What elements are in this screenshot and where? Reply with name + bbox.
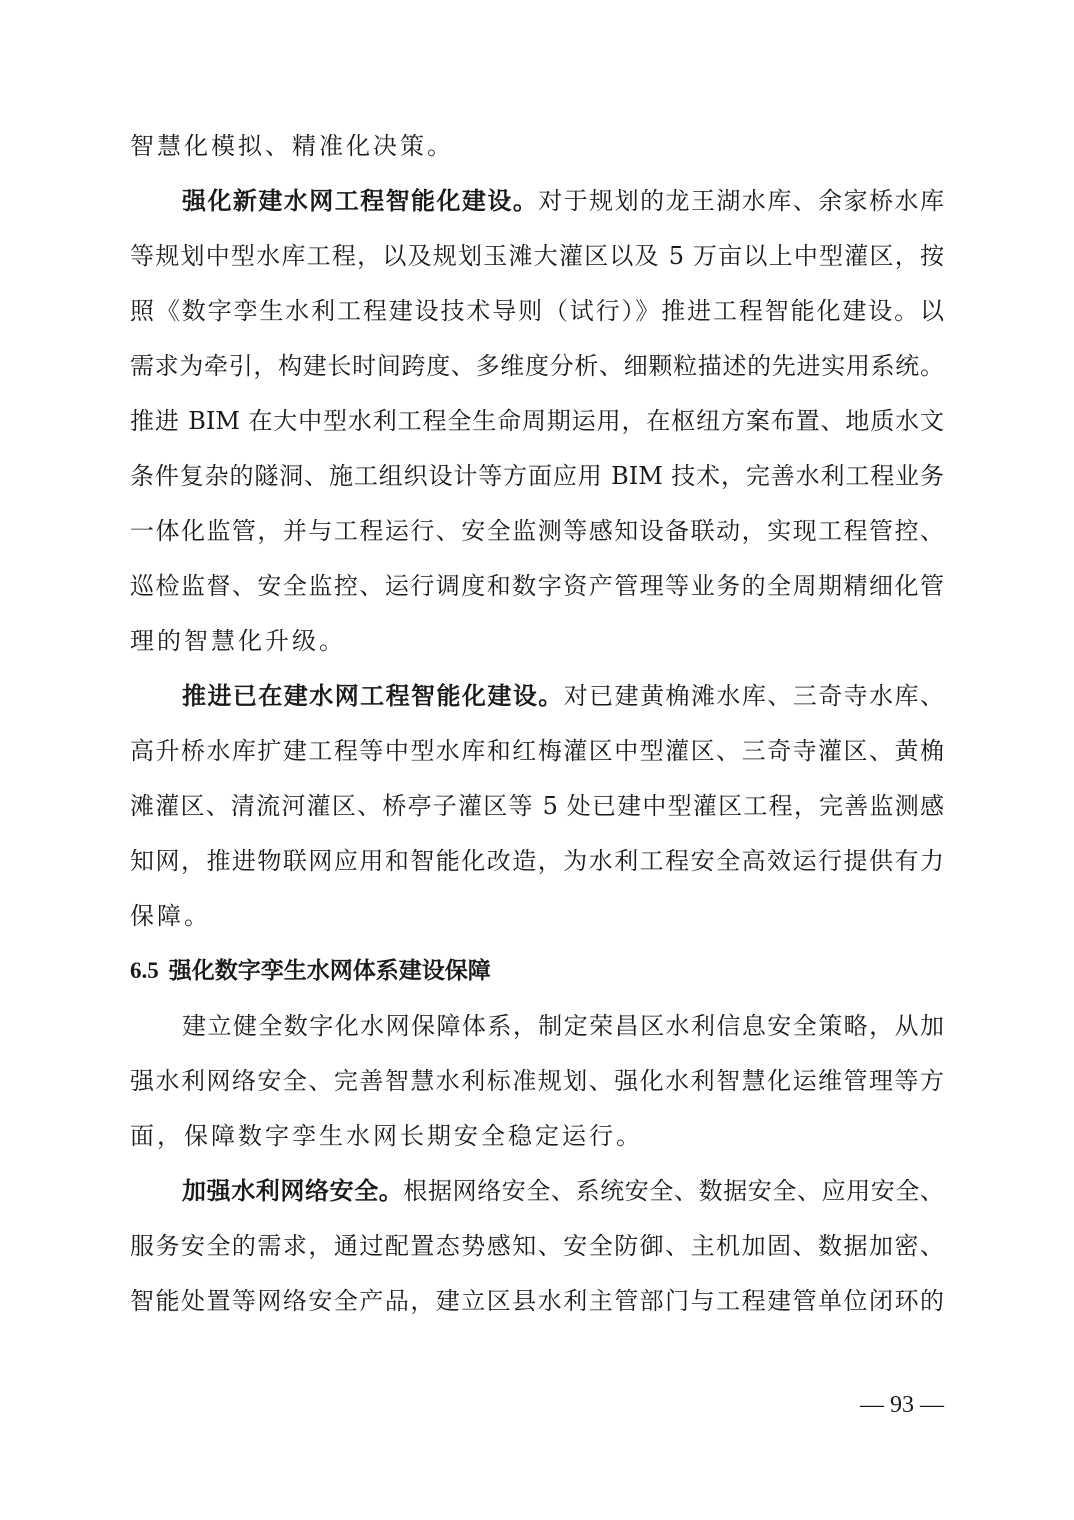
text-line: 等规划中型水库工程，以及规划玉滩大灌区以及 5 万亩以上中型灌区，按 [130, 232, 944, 287]
text-line: 强水利网络安全、完善智慧水利标准规划、强化水利智慧化运维管理等方 [130, 1057, 944, 1112]
text-line: 推进 BIM 在大中型水利工程全生命周期运用，在枢纽方案布置、地质水文 [130, 397, 944, 452]
text-line: 需求为牵引，构建长时间跨度、多维度分析、细颗粒描述的先进实用系统。 [130, 342, 944, 397]
line-text: 高升桥水库扩建工程等中型水库和红梅灌区中型灌区、三奇寺灌区、黄桷 [130, 727, 944, 782]
text-line: 智能处置等网络安全产品，建立区县水利主管部门与工程建管单位闭环的 [130, 1277, 944, 1332]
line-text: 巡检监督、安全监控、运行调度和数字资产管理等业务的全周期精细化管 [130, 562, 944, 617]
text-line: 建立健全数字化水网保障体系，制定荣昌区水利信息安全策略，从加 [130, 1002, 944, 1057]
line-text: 推进 BIM 在大中型水利工程全生命周期运用，在枢纽方案布置、地质水文 [130, 397, 944, 452]
paragraph-lead-bold: 推进已在建水网工程智能化建设。 [182, 682, 564, 710]
line-text: 强水利网络安全、完善智慧水利标准规划、强化水利智慧化运维管理等方 [130, 1057, 944, 1112]
page-number: — 93 — [860, 1392, 944, 1419]
paragraph-block-1: 智慧化模拟、精准化决策。 强化新建水网工程智能化建设。对于规划的龙王湖水库、余家… [130, 122, 944, 947]
document-page: 智慧化模拟、精准化决策。 强化新建水网工程智能化建设。对于规划的龙王湖水库、余家… [130, 122, 944, 1332]
text-line: 理的智慧化升级。 [130, 617, 944, 672]
line-text: 理的智慧化升级。 [130, 617, 944, 672]
text-line: 强化新建水网工程智能化建设。对于规划的龙王湖水库、余家桥水库 [130, 177, 944, 232]
text-line: 加强水利网络安全。根据网络安全、系统安全、数据安全、应用安全、 [130, 1167, 944, 1222]
text-line: 智慧化模拟、精准化决策。 [130, 122, 944, 177]
text-line: 保障。 [130, 892, 944, 947]
text-line: 知网，推进物联网应用和智能化改造，为水利工程安全高效运行提供有力 [130, 837, 944, 892]
line-text: 智慧化模拟、精准化决策。 [130, 122, 944, 177]
text-line: 滩灌区、清流河灌区、桥亭子灌区等 5 处已建中型灌区工程，完善监测感 [130, 782, 944, 837]
text-line: 照《数字孪生水利工程建设技术导则（试行）》推进工程智能化建设。以 [130, 287, 944, 342]
line-text: 一体化监管，并与工程运行、安全监测等感知设备联动，实现工程管控、 [130, 507, 944, 562]
line-text-rest: 根据网络安全、系统安全、数据安全、应用安全、 [403, 1177, 944, 1205]
section-number: 6.5 [130, 958, 159, 983]
line-text: 需求为牵引，构建长时间跨度、多维度分析、细颗粒描述的先进实用系统。 [130, 342, 944, 397]
line-text: 等规划中型水库工程，以及规划玉滩大灌区以及 5 万亩以上中型灌区，按 [130, 232, 944, 287]
text-line: 面，保障数字孪生水网长期安全稳定运行。 [130, 1112, 944, 1167]
text-line: 条件复杂的隧洞、施工组织设计等方面应用 BIM 技术，完善水利工程业务 [130, 452, 944, 507]
line-text-rest: 对于规划的龙王湖水库、余家桥水库 [538, 187, 944, 215]
paragraph-lead-bold: 强化新建水网工程智能化建设。 [182, 187, 538, 215]
paragraph-block-2: 建立健全数字化水网保障体系，制定荣昌区水利信息安全策略，从加 强水利网络安全、完… [130, 1002, 944, 1332]
line-text: 加强水利网络安全。根据网络安全、系统安全、数据安全、应用安全、 [130, 1167, 944, 1222]
line-text-rest: 对已建黄桷滩水库、三奇寺水库、 [564, 682, 944, 710]
section-title: 强化数字孪生水网体系建设保障 [169, 958, 491, 984]
line-text: 面，保障数字孪生水网长期安全稳定运行。 [130, 1112, 944, 1167]
text-line: 服务安全的需求，通过配置态势感知、安全防御、主机加固、数据加密、 [130, 1222, 944, 1277]
line-text: 强化新建水网工程智能化建设。对于规划的龙王湖水库、余家桥水库 [130, 177, 944, 232]
text-line: 一体化监管，并与工程运行、安全监测等感知设备联动，实现工程管控、 [130, 507, 944, 562]
text-line: 高升桥水库扩建工程等中型水库和红梅灌区中型灌区、三奇寺灌区、黄桷 [130, 727, 944, 782]
line-text: 滩灌区、清流河灌区、桥亭子灌区等 5 处已建中型灌区工程，完善监测感 [130, 782, 944, 837]
line-text: 推进已在建水网工程智能化建设。对已建黄桷滩水库、三奇寺水库、 [130, 672, 944, 727]
text-line: 巡检监督、安全监控、运行调度和数字资产管理等业务的全周期精细化管 [130, 562, 944, 617]
section-heading: 6.5强化数字孪生水网体系建设保障 [130, 947, 944, 1002]
text-line: 推进已在建水网工程智能化建设。对已建黄桷滩水库、三奇寺水库、 [130, 672, 944, 727]
paragraph-lead-bold: 加强水利网络安全。 [182, 1177, 403, 1205]
line-text: 知网，推进物联网应用和智能化改造，为水利工程安全高效运行提供有力 [130, 837, 944, 892]
line-text: 照《数字孪生水利工程建设技术导则（试行）》推进工程智能化建设。以 [130, 287, 944, 342]
line-text: 服务安全的需求，通过配置态势感知、安全防御、主机加固、数据加密、 [130, 1222, 944, 1277]
line-text: 智能处置等网络安全产品，建立区县水利主管部门与工程建管单位闭环的 [130, 1277, 944, 1332]
line-text: 建立健全数字化水网保障体系，制定荣昌区水利信息安全策略，从加 [130, 1002, 944, 1057]
line-text: 条件复杂的隧洞、施工组织设计等方面应用 BIM 技术，完善水利工程业务 [130, 452, 944, 507]
line-text: 保障。 [130, 892, 944, 947]
